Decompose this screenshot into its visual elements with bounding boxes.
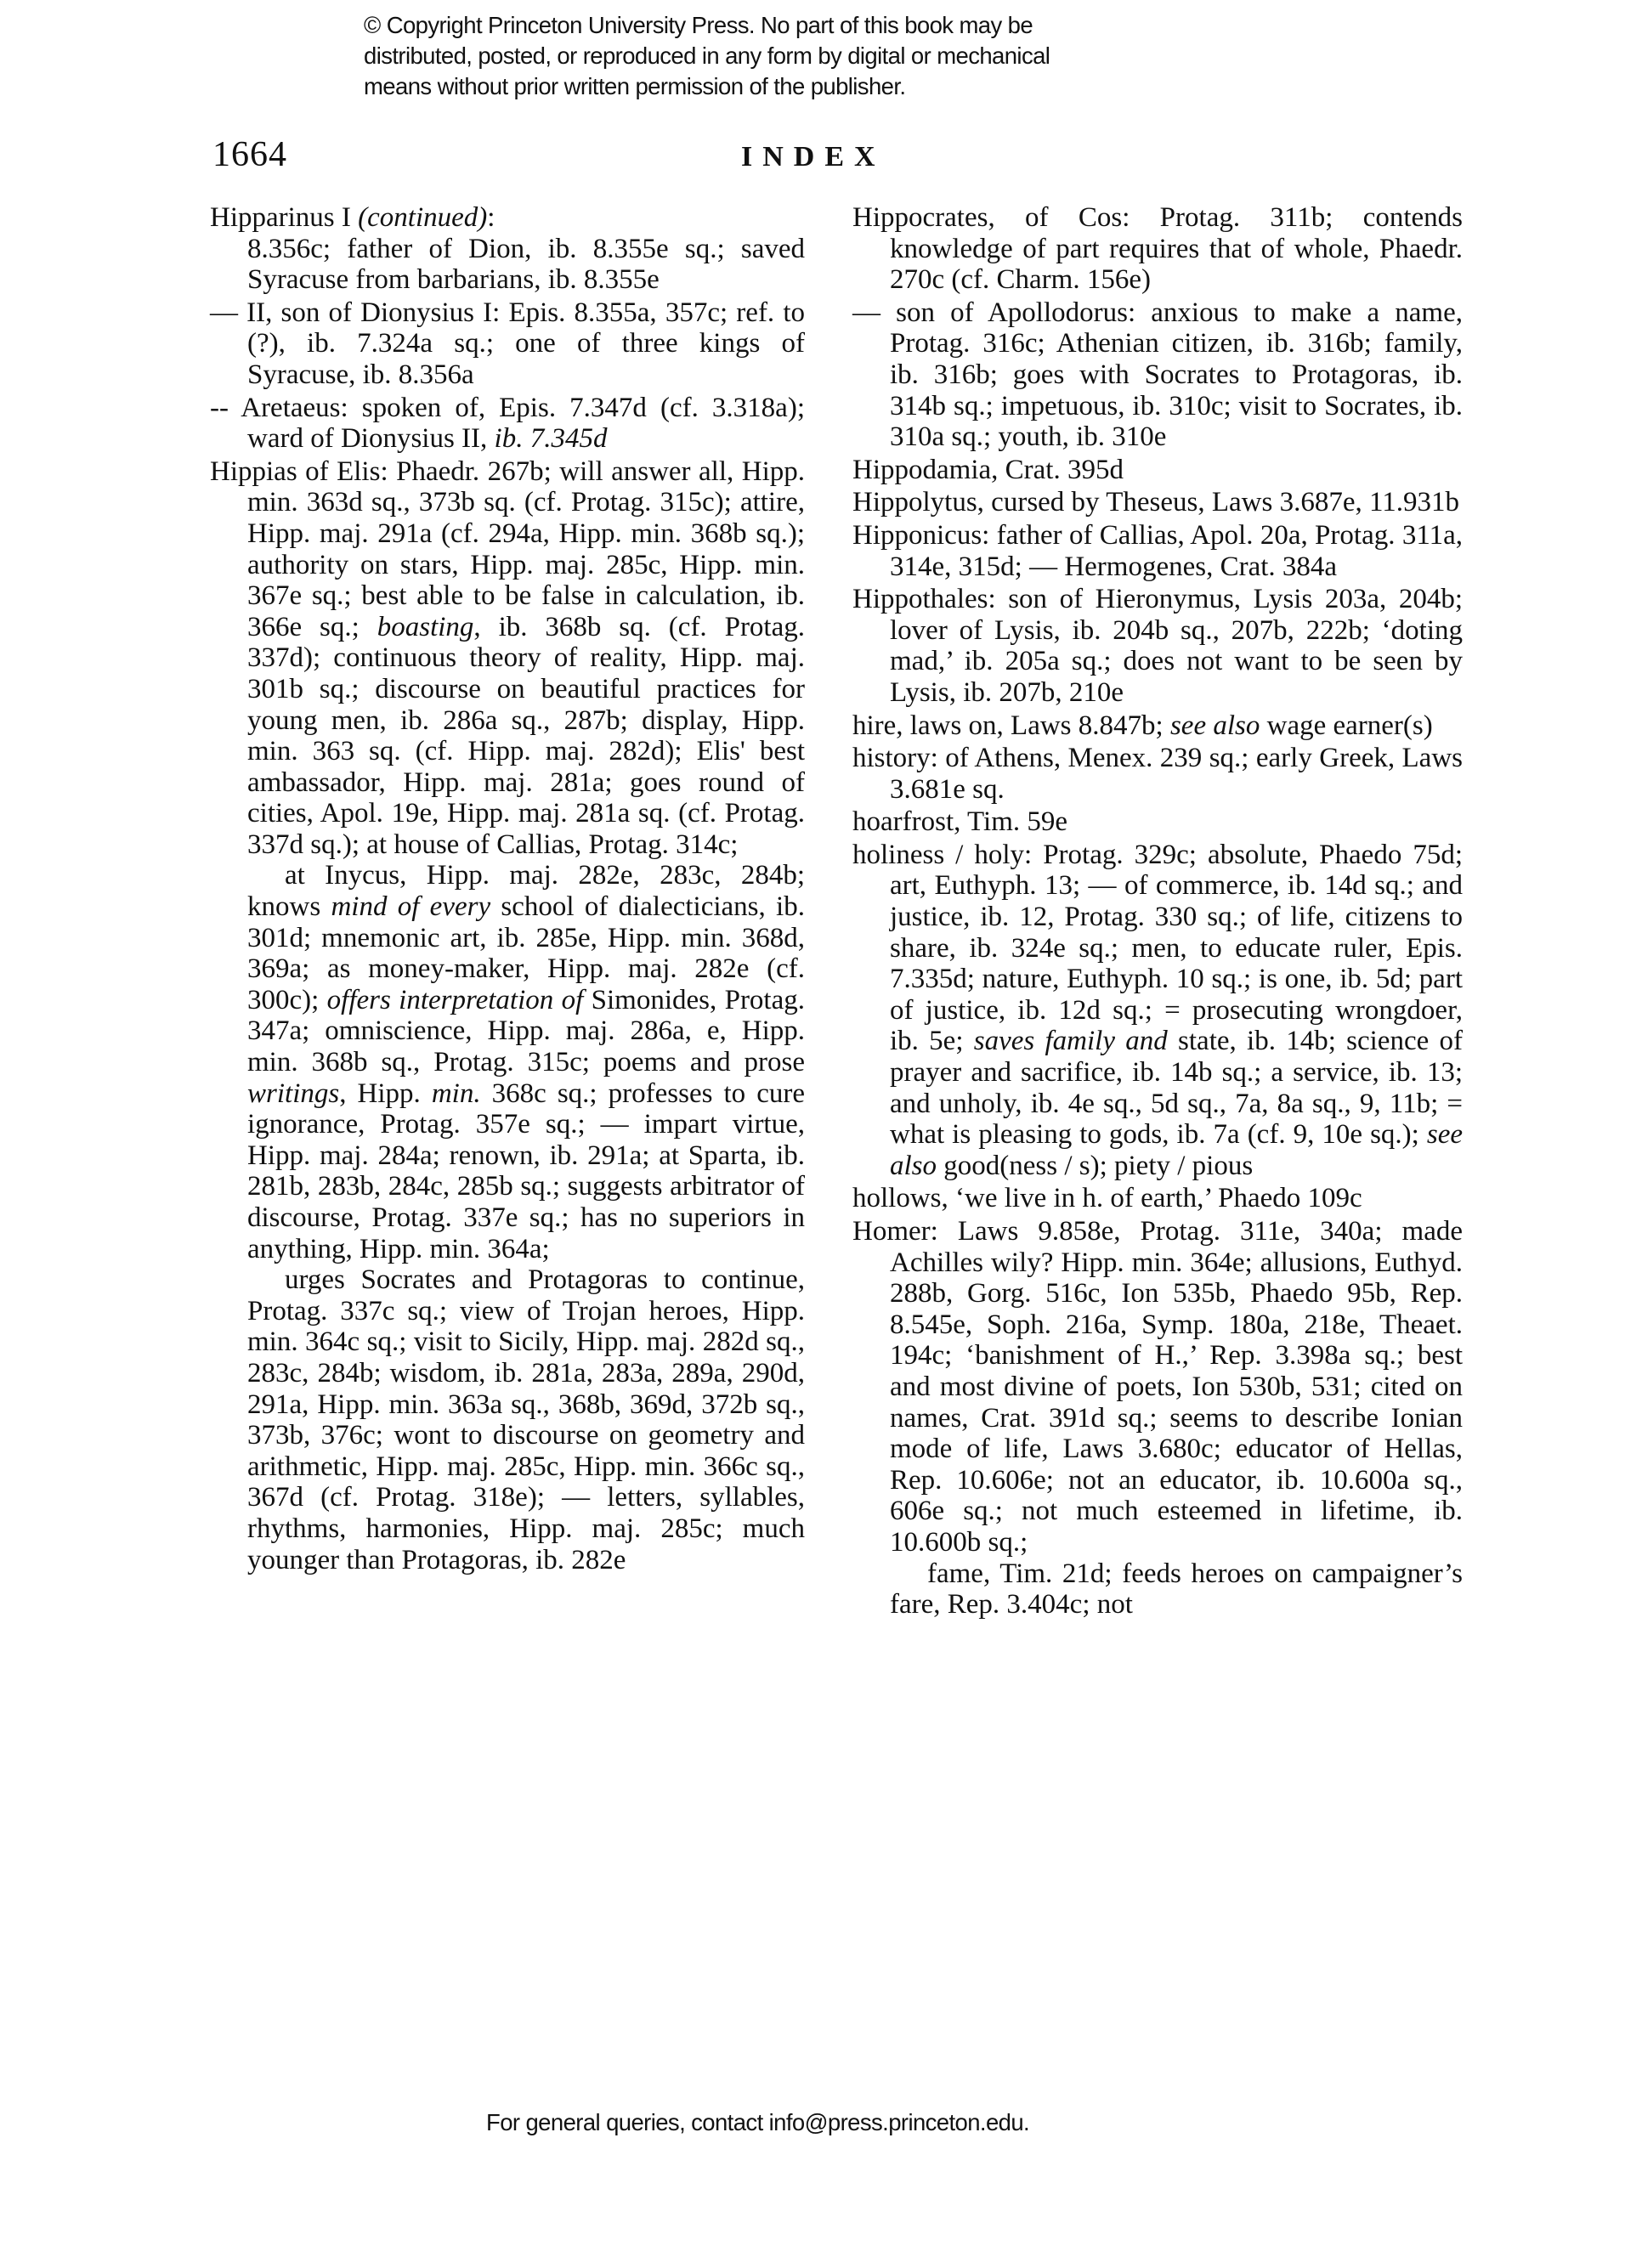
- index-entry-hoarfrost: hoarfrost, Tim. 59e: [852, 806, 1463, 838]
- index-column-right: Hippocrates, of Cos: Protag. 311b; conte…: [852, 202, 1463, 1622]
- index-entry-hippodamia: Hippodamia, Crat. 395d: [852, 455, 1463, 486]
- index-entry-hipponicus: Hipponicus: father of Callias, Apol. 20a…: [852, 520, 1463, 582]
- index-entry-hollows: hollows, ‘we live in h. of earth,’ Phaed…: [852, 1183, 1463, 1214]
- index-entry-hipparinus-heading: Hipparinus I (continued):: [210, 202, 805, 234]
- copyright-line: © Copyright Princeton University Press. …: [364, 10, 1197, 41]
- running-head: 1664 INDEX: [212, 134, 1462, 177]
- index-entry-hippias-cont-2: urges Socrates and Protagoras to continu…: [210, 1264, 805, 1575]
- page-number: 1664: [212, 134, 287, 175]
- index-entry-hippothales: Hippothales: son of Hieronymus, Lysis 20…: [852, 584, 1463, 708]
- copyright-line: distributed, posted, or reproduced in an…: [364, 41, 1197, 71]
- page-title: INDEX: [741, 141, 886, 173]
- index-entry-holiness: holiness / holy: Protag. 329c; absolute,…: [852, 840, 1463, 1182]
- index-column-left: Hipparinus I (continued): 8.356c; father…: [210, 202, 805, 1577]
- index-entry-homer: Homer: Laws 9.858e, Protag. 311e, 340a; …: [852, 1216, 1463, 1558]
- copyright-line: means without prior written permission o…: [364, 71, 1197, 102]
- index-entry-hipparinus-cont: 8.356c; father of Dion, ib. 8.355e sq.; …: [210, 234, 805, 296]
- index-entry-hippocrates-apollodorus: — son of Apollodorus: anxious to make a …: [852, 297, 1463, 453]
- index-entry-history: history: of Athens, Menex. 239 sq.; earl…: [852, 743, 1463, 805]
- index-entry-homer-cont: fame, Tim. 21d; feeds heroes on campaign…: [852, 1558, 1463, 1620]
- index-entry-hippias-cont-1: at Inycus, Hipp. maj. 282e, 283c, 284b; …: [210, 860, 805, 1264]
- index-entry-hire: hire, laws on, Laws 8.847b; see also wag…: [852, 710, 1463, 742]
- footer-contact: For general queries, contact info@press.…: [486, 2109, 1029, 2136]
- index-entry-hippias: Hippias of Elis: Phaedr. 267b; will answ…: [210, 456, 805, 861]
- index-entry-hipparinus-aretaeus: -- Aretaeus: spoken of, Epis. 7.347d (cf…: [210, 393, 805, 455]
- index-entry-hipparinus-ii: — II, son of Dionysius I: Epis. 8.355a, …: [210, 297, 805, 391]
- index-entry-hippocrates-cos: Hippocrates, of Cos: Protag. 311b; conte…: [852, 202, 1463, 296]
- copyright-notice: © Copyright Princeton University Press. …: [364, 10, 1197, 102]
- index-entry-hippolytus: Hippolytus, cursed by Theseus, Laws 3.68…: [852, 487, 1463, 518]
